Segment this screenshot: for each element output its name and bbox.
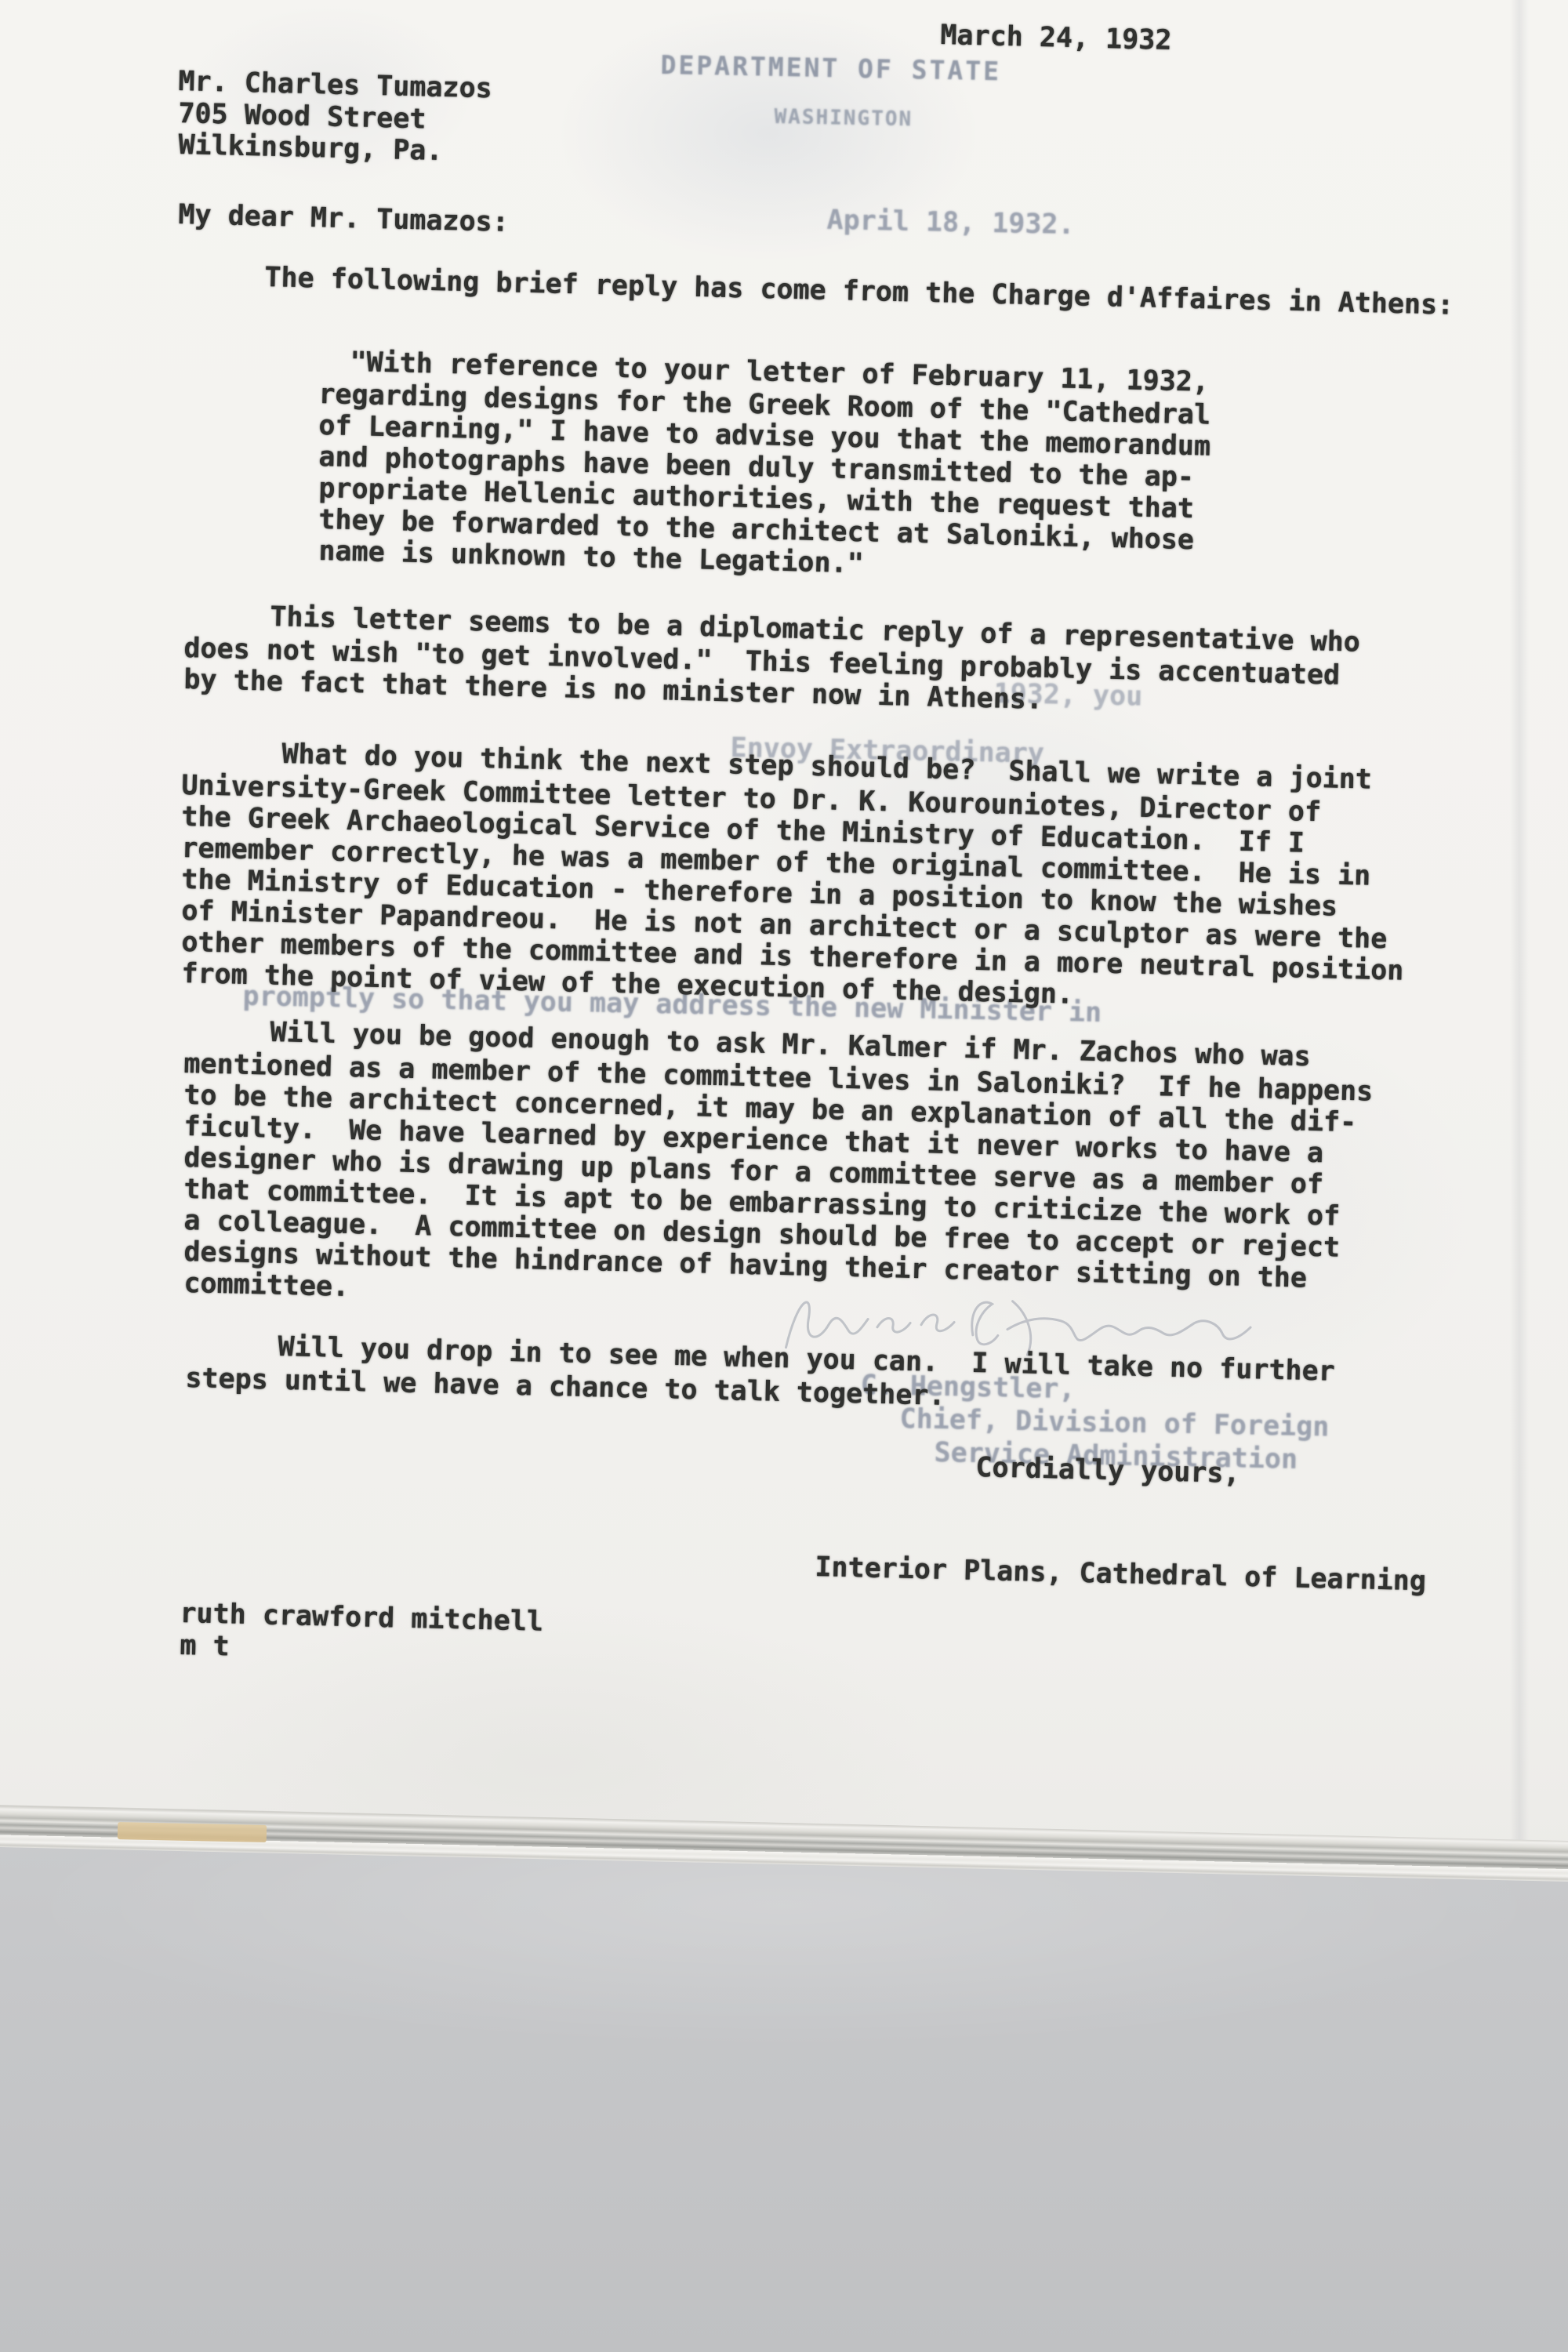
recipient-city: Wilkinsburg, Pa. [178,129,443,168]
reference-line: Interior Plans, Cathedral of Learning [815,1551,1426,1598]
closing: Cordially yours, [975,1451,1240,1490]
ghost-letterhead-city: WASHINGTON [774,100,913,136]
intro-line: The following brief reply has come from … [264,261,1454,322]
typist-initials: m t [180,1629,230,1663]
typist-line: ruth crawford mitchell [180,1597,543,1639]
body-line: committee. [183,1267,350,1304]
ghost-letterhead: DEPARTMENT OF STATE [660,49,1001,88]
photo-of-letter: DEPARTMENT OF STATE WASHINGTON April 18,… [0,0,1568,2352]
letter-date: March 24, 1932 [940,19,1172,57]
stack-tan-tab [118,1822,267,1842]
letter-page: DEPARTMENT OF STATE WASHINGTON April 18,… [0,0,1568,1862]
salutation: My dear Mr. Tumazos: [178,198,509,239]
ghost-date: April 18, 1932. [826,204,1075,241]
